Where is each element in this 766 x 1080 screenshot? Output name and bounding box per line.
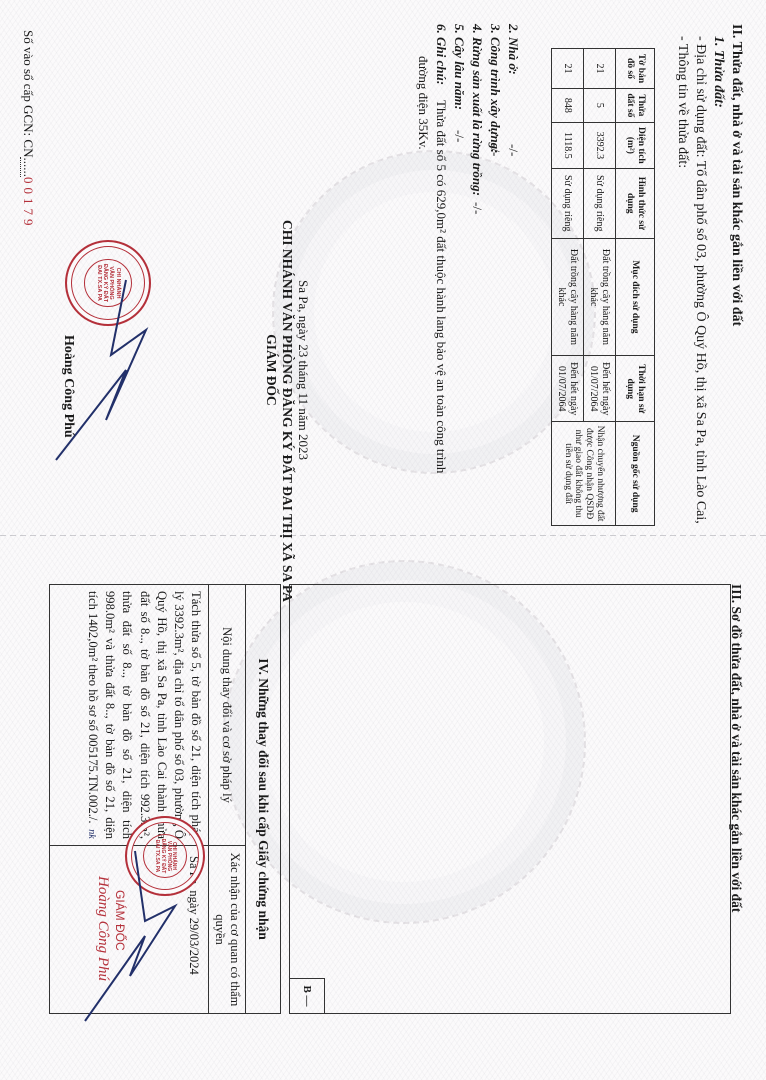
item-forest-value: -/- xyxy=(469,202,485,214)
header-area: Diện tích (m²) xyxy=(616,122,655,168)
signature-mark xyxy=(36,270,166,470)
signer-role: GIÁM ĐỐC xyxy=(263,220,279,520)
cell: Đất trồng cây hàng năm khác xyxy=(584,238,616,356)
changes-content-text: Tách thửa số 5, tờ bản đồ số 21, diện tí… xyxy=(80,585,208,845)
right-page: III. Sơ đồ thửa đất, nhà ở và tài sản kh… xyxy=(0,540,766,1080)
changes-title: IV. Những thay đổi sau khi cấp Giấy chứn… xyxy=(245,585,280,1013)
header-use-form: Hình thức sử dụng xyxy=(616,168,655,238)
header-map-sheet: Tờ bản đồ số xyxy=(616,49,655,89)
item-house-value: -/- xyxy=(505,144,521,156)
page-divider xyxy=(0,535,766,536)
initials-mark: nk xyxy=(86,827,97,839)
issue-date: Sa Pa, ngày 23 tháng 11 năm 2023 xyxy=(295,220,311,520)
signature-mark xyxy=(75,846,185,1026)
header-use-origin: Nguồn gốc sử dụng xyxy=(616,422,655,526)
signer-name: Hoàng Công Phú xyxy=(60,335,76,438)
note-label: 6. Ghi chú: xyxy=(433,24,449,85)
cell: 21 xyxy=(552,49,584,89)
item-perennial-value: -/- xyxy=(451,130,467,142)
header-use-purpose: Mục đích sử dụng xyxy=(616,238,655,356)
parcel-table: Tờ bản đồ số Thửa đất số Diện tích (m²) … xyxy=(551,48,655,526)
col-content-header: Nội dung thay đổi và cơ sở pháp lý xyxy=(208,585,245,845)
registry-label: Số vào sổ cấp GCN: CN xyxy=(21,30,36,157)
note-text: Thửa đất số 5 có 629,0m² đất thuộc hành … xyxy=(433,100,449,473)
cell: Đến hết ngày 01/07/2064 xyxy=(552,356,584,422)
item-construction-value: -/- xyxy=(487,144,503,156)
cell: 3392.3 xyxy=(584,122,616,168)
cell: Sử dụng riêng xyxy=(552,168,584,238)
cell: 848 xyxy=(552,88,584,122)
issuing-organization: CHI NHÁNH VĂN PHÒNG ĐĂNG KÝ ĐẤT ĐAI THỊ … xyxy=(279,220,295,520)
left-page: II. Thửa đất, nhà ở và tài sản khác gắn … xyxy=(0,0,766,535)
north-arrow-icon: B — xyxy=(290,978,325,1013)
changes-content-column: Nội dung thay đổi và cơ sở pháp lý Tách … xyxy=(50,585,245,846)
issuer-signature-block: Sa Pa, ngày 23 tháng 11 năm 2023 CHI NHÁ… xyxy=(263,220,311,520)
cell: 21 xyxy=(584,49,616,89)
certificate-sheet: II. Thửa đất, nhà ở và tài sản khác gắn … xyxy=(0,0,766,1080)
parcel-info-line: - Thông tin về thửa đất: xyxy=(674,36,690,168)
header-parcel-no: Thửa đất số xyxy=(616,88,655,122)
item-forest-label: 4. Rừng sản xuất là rừng trồng: xyxy=(469,24,485,196)
registry-number: Số vào sổ cấp GCN: CN......00179 xyxy=(20,30,36,229)
parcel-diagram-box: B — xyxy=(289,584,731,1014)
item-house-label: 2. Nhà ở: xyxy=(505,24,521,75)
changes-content: Tách thửa số 5, tờ bản đồ số 21, diện tí… xyxy=(86,591,203,839)
cell: Đất trồng cây hàng năm khác xyxy=(552,238,584,356)
item-perennial-label: 5. Cây lâu năm: xyxy=(451,24,467,110)
north-marker: B xyxy=(301,985,313,992)
item-construction-label: 3. Công trình xây dựng: xyxy=(487,24,503,154)
cell: 1118.5 xyxy=(552,122,584,168)
table-row: 21 5 3392.3 Sử dụng riêng Đất trồng cây … xyxy=(584,49,616,526)
note-text-cont: đường điện 35Kv. xyxy=(415,56,431,150)
cell: Sử dụng riêng xyxy=(584,168,616,238)
header-use-term: Thời hạn sử dụng xyxy=(616,356,655,422)
address-line: - Địa chỉ sử dụng đất: Tổ dân phố số 03,… xyxy=(692,36,708,524)
changes-table: IV. Những thay đổi sau khi cấp Giấy chứn… xyxy=(49,584,281,1014)
col-confirm-header: Xác nhận của cơ quan có thẩm quyền xyxy=(208,846,245,1013)
registry-value: 00179 xyxy=(21,177,36,230)
table-header-row: Tờ bản đồ số Thửa đất số Diện tích (m²) … xyxy=(616,49,655,526)
cell: 5 xyxy=(584,88,616,122)
changes-confirm-column: Xác nhận của cơ quan có thẩm quyền Sa Pa… xyxy=(50,846,245,1013)
cell: Đến hết ngày 01/07/2064 xyxy=(584,356,616,422)
cell: Nhận chuyển nhượng đất được Công nhận QS… xyxy=(552,422,616,526)
parcel-heading: 1. Thửa đất: xyxy=(710,36,726,108)
section-title-land: II. Thửa đất, nhà ở và tài sản khác gắn … xyxy=(728,24,744,326)
